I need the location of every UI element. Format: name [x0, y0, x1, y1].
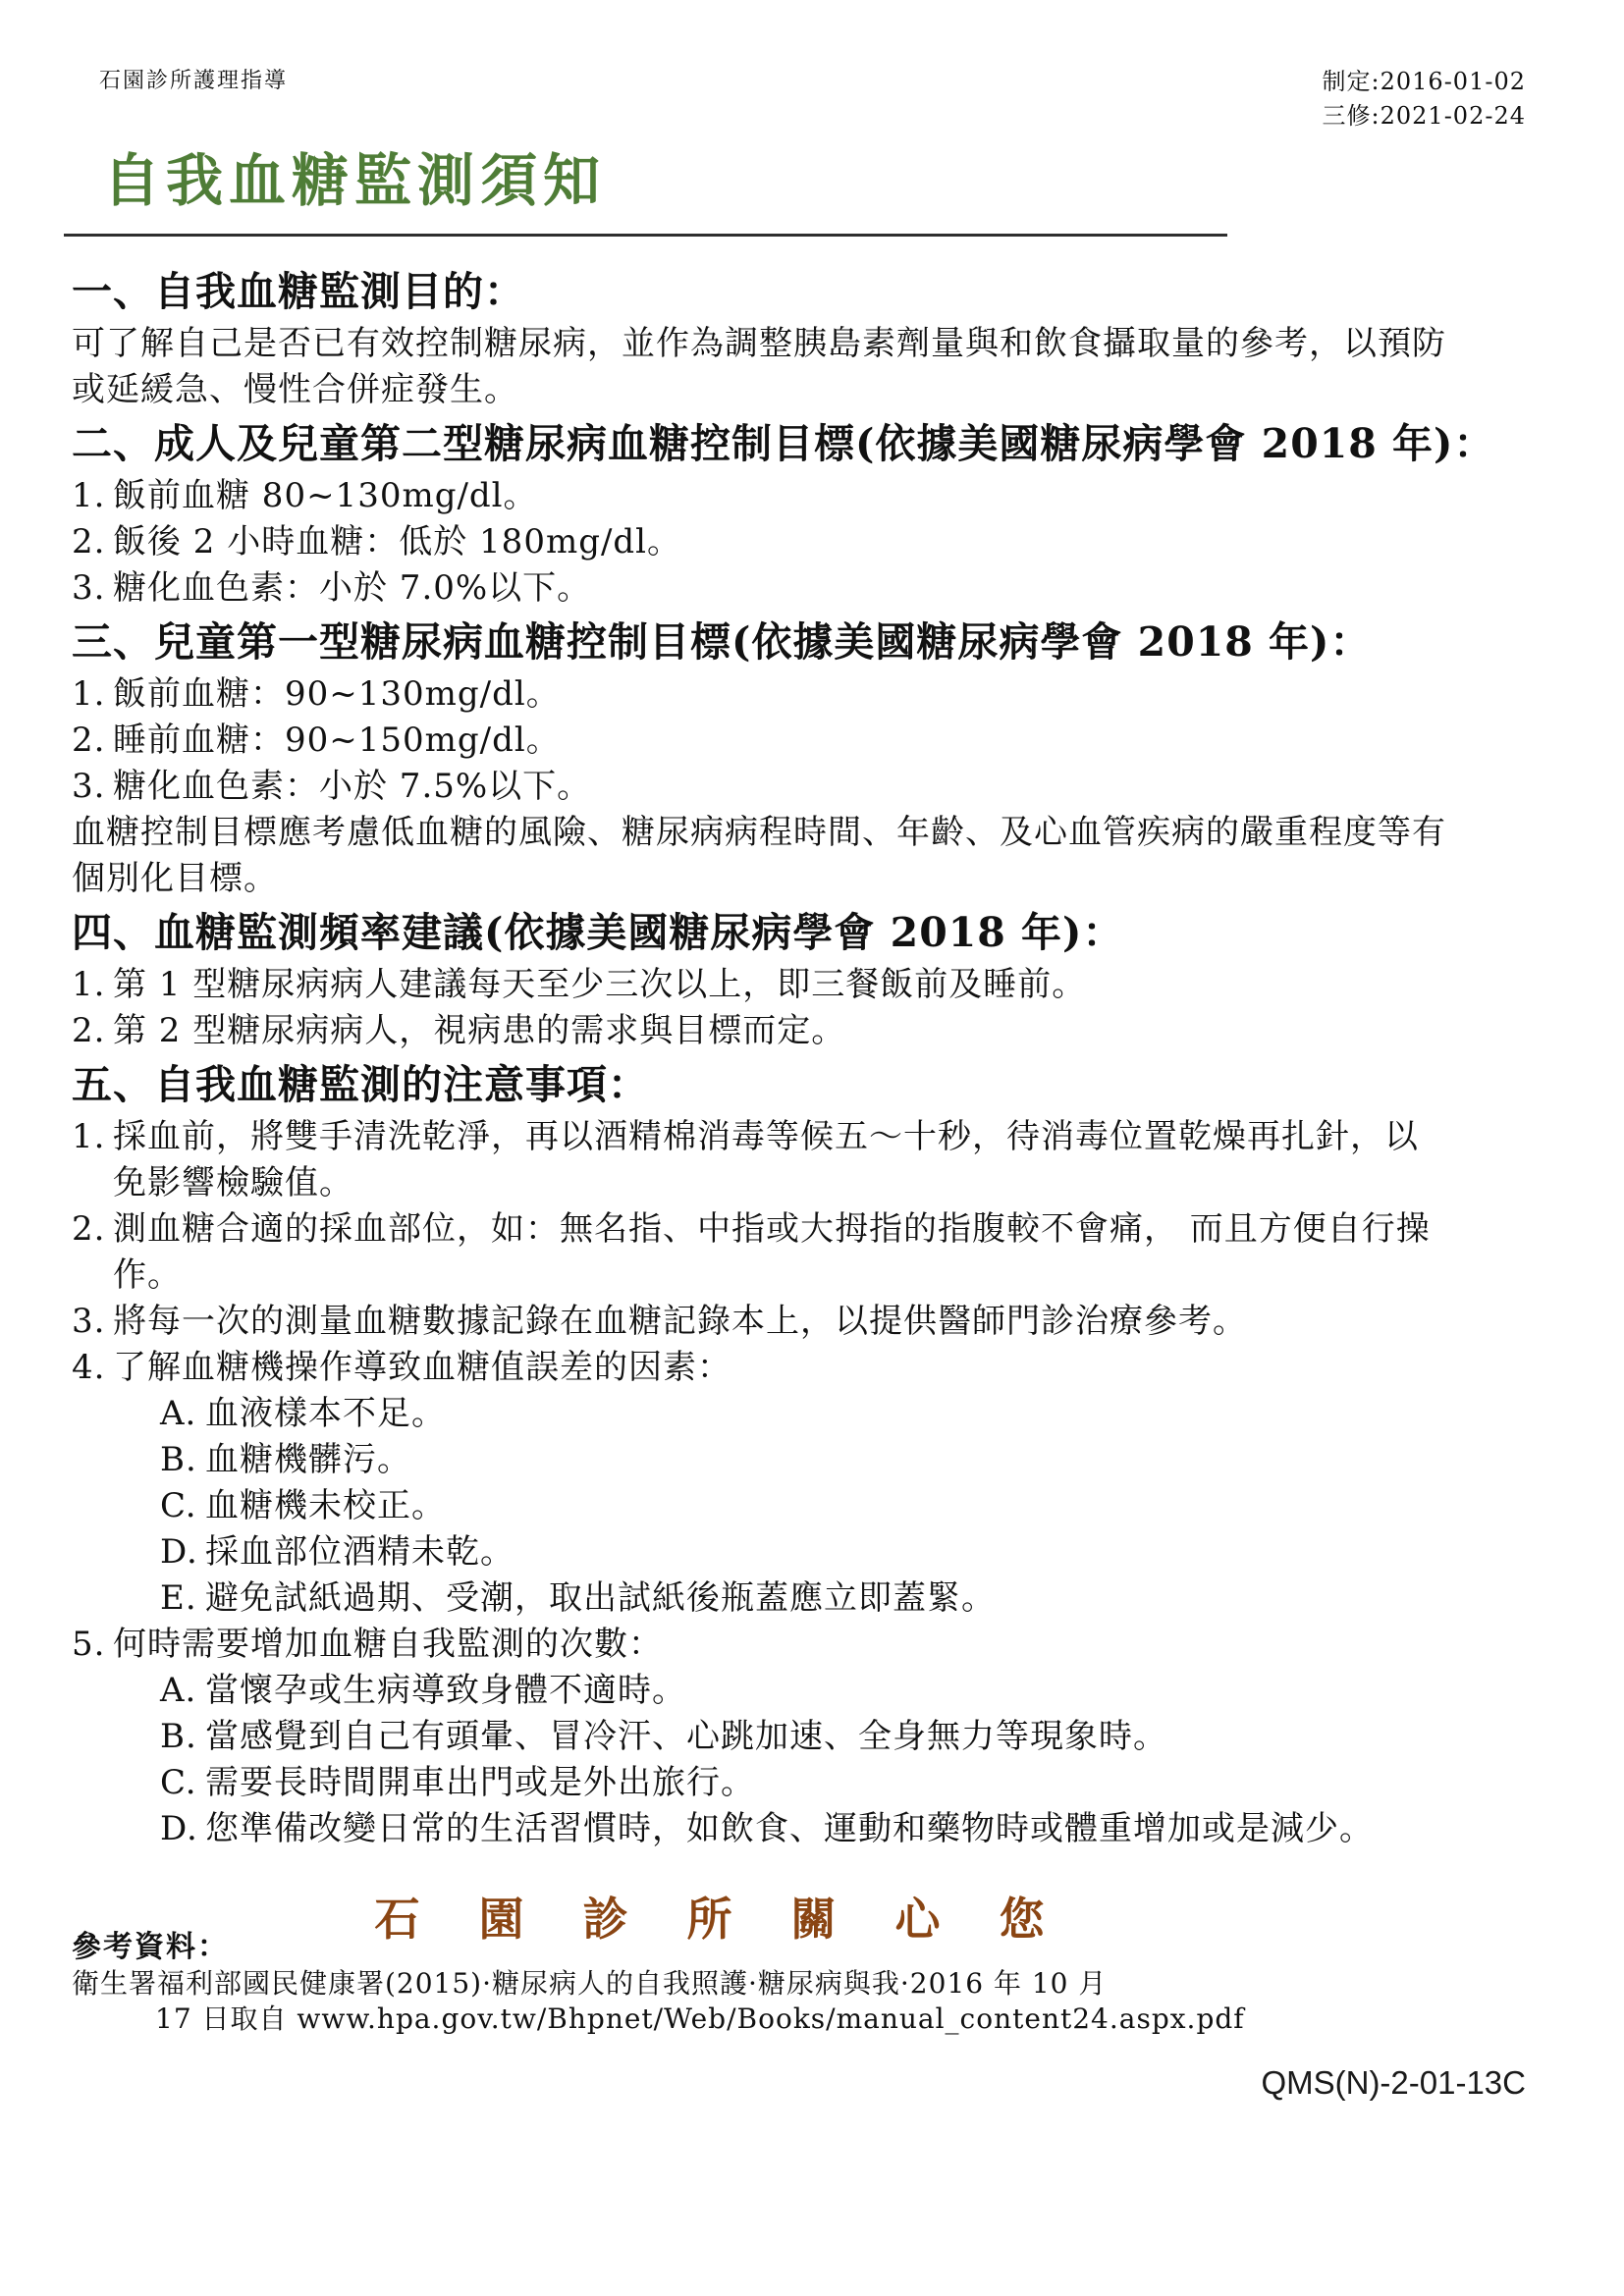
list-item-text: 將每一次的測量血糖數據記錄在血糖記錄本上，以提供醫師門診治療參考。 — [113, 1299, 1247, 1345]
list-item-text: 測血糖合適的採血部位，如：無名指、中指或大拇指的指腹較不會痛， 而且方便自行操作… — [113, 1206, 1434, 1299]
list-item-text: 當感覺到自己有頭暈、冒冷汗、心跳加速、全身無力等現象時。 — [205, 1714, 1167, 1760]
sub-list-item: C. 血糖機未校正。 — [160, 1483, 1526, 1529]
sub-list-item: B. 當感覺到自己有頭暈、冒冷汗、心跳加速、全身無力等現象時。 — [160, 1714, 1526, 1760]
list-item-text: 何時需要增加血糖自我監測的次數： — [113, 1622, 663, 1668]
reference-text-line1: 衛生署福利部國民健康署(2015)·糖尿病人的自我照護·糖尿病與我·2016 年… — [72, 1966, 1526, 2002]
list-item-text: 飯後 2 小時血糖：低於 180mg/dl。 — [113, 519, 681, 565]
reference-text-line2: 17 日取自 www.hpa.gov.tw/Bhpnet/Web/Books/m… — [72, 2002, 1526, 2037]
page-title: 自我血糖監測須知 — [103, 143, 1526, 218]
list-item-number: D. — [160, 1529, 205, 1575]
list-item-number: 1. — [72, 1114, 113, 1206]
list-item-number: B. — [160, 1714, 205, 1760]
sub-list-item: A. 當懷孕或生病導致身體不適時。 — [160, 1668, 1526, 1714]
created-date: 制定:2016-01-02 — [1323, 65, 1526, 99]
list-item-number: 1. — [72, 473, 113, 519]
list-item-number: 2. — [72, 718, 113, 764]
list-item: 1. 飯前血糖 80~130mg/dl。 — [72, 473, 1526, 519]
list-item: 1. 採血前，將雙手清洗乾淨，再以酒精棉消毒等候五～十秒，待消毒位置乾燥再扎針，… — [72, 1114, 1526, 1206]
list-item-text: 採血部位酒精未乾。 — [205, 1529, 514, 1575]
doc-code: QMS(N)-2-01-13C — [72, 2064, 1526, 2102]
list-item-text: 第 2 型糖尿病病人，視病患的需求與目標而定。 — [113, 1008, 845, 1054]
section-heading: 四、血糖監測頻率建議(依據美國糖尿病學會 2018 年)： — [72, 905, 1526, 961]
section-heading: 二、成人及兒童第二型糖尿病血糖控制目標(依據美國糖尿病學會 2018 年)： — [72, 416, 1526, 472]
sub-list-item: C. 需要長時間開車出門或是外出旅行。 — [160, 1760, 1526, 1806]
list-item-text: 第 1 型糖尿病病人建議每天至少三次以上，即三餐飯前及睡前。 — [113, 962, 1086, 1008]
list-item-text: 睡前血糖：90~150mg/dl。 — [113, 718, 561, 764]
list-item-number: 2. — [72, 1008, 113, 1054]
list-item: 4. 了解血糖機操作導致血糖值誤差的因素： — [72, 1345, 1526, 1391]
list-item-number: 2. — [72, 519, 113, 565]
list-item-number: 3. — [72, 565, 113, 612]
section-heading: 一、自我血糖監測目的： — [72, 264, 1526, 320]
doc-type-label: 石園診所護理指導 — [99, 65, 288, 98]
sub-list-item: A. 血液樣本不足。 — [160, 1391, 1526, 1437]
list-item-text: 當懷孕或生病導致身體不適時。 — [205, 1668, 686, 1714]
paragraph: 可了解自己是否已有效控制糖尿病，並作為調整胰島素劑量與和飲食攝取量的參考，以預防… — [72, 321, 1446, 413]
document-body: 一、自我血糖監測目的： 可了解自己是否已有效控制糖尿病，並作為調整胰島素劑量與和… — [72, 264, 1526, 1852]
list-item-text: 您準備改變日常的生活習慣時，如飲食、運動和藥物時或體重增加或是減少。 — [205, 1806, 1374, 1852]
document-page: 石園診所護理指導 制定:2016-01-02 三修:2021-02-24 自我血… — [0, 0, 1624, 2296]
list-item-number: 3. — [72, 764, 113, 810]
list-item: 5. 何時需要增加血糖自我監測的次數： — [72, 1622, 1526, 1668]
paragraph: 血糖控制目標應考慮低血糖的風險、糖尿病病程時間、年齡、及心血管疾病的嚴重程度等有… — [72, 810, 1446, 902]
list-item-number: 5. — [72, 1622, 113, 1668]
list-item-number: 1. — [72, 962, 113, 1008]
list-item: 3. 糖化血色素：小於 7.0%以下。 — [72, 565, 1526, 612]
list-item-text: 血液樣本不足。 — [205, 1391, 446, 1437]
list-item-number: 2. — [72, 1206, 113, 1299]
list-item-number: A. — [160, 1668, 205, 1714]
list-item: 3. 糖化血色素：小於 7.5%以下。 — [72, 764, 1526, 810]
list-item-text: 採血前，將雙手清洗乾淨，再以酒精棉消毒等候五～十秒，待消毒位置乾燥再扎針，以免影… — [113, 1114, 1434, 1206]
list-item: 2. 第 2 型糖尿病病人，視病患的需求與目標而定。 — [72, 1008, 1526, 1054]
list-item: 1. 第 1 型糖尿病病人建議每天至少三次以上，即三餐飯前及睡前。 — [72, 962, 1526, 1008]
sub-list-item: E. 避免試紙過期、受潮，取出試紙後瓶蓋應立即蓋緊。 — [160, 1575, 1526, 1622]
list-item-number: A. — [160, 1391, 205, 1437]
list-item-number: 1. — [72, 671, 113, 718]
section-monitor-frequency: 四、血糖監測頻率建議(依據美國糖尿病學會 2018 年)： 1. 第 1 型糖尿… — [72, 905, 1526, 1054]
list-item-number: C. — [160, 1760, 205, 1806]
list-item-text: 了解血糖機操作導致血糖值誤差的因素： — [113, 1345, 731, 1391]
section-purpose: 一、自我血糖監測目的： 可了解自己是否已有效控制糖尿病，並作為調整胰島素劑量與和… — [72, 264, 1526, 413]
title-underline — [64, 234, 1227, 237]
list-item-number: E. — [160, 1575, 205, 1622]
section-heading: 五、自我血糖監測的注意事項： — [72, 1057, 1526, 1113]
list-item: 1. 飯前血糖：90~130mg/dl。 — [72, 671, 1526, 718]
list-item-text: 糖化血色素：小於 7.0%以下。 — [113, 565, 591, 612]
document-header: 石園診所護理指導 制定:2016-01-02 三修:2021-02-24 — [72, 65, 1526, 133]
section-type2-targets: 二、成人及兒童第二型糖尿病血糖控制目標(依據美國糖尿病學會 2018 年)： 1… — [72, 416, 1526, 612]
list-item-number: C. — [160, 1483, 205, 1529]
list-item-text: 需要長時間開車出門或是外出旅行。 — [205, 1760, 755, 1806]
revision-dates: 制定:2016-01-02 三修:2021-02-24 — [1323, 65, 1526, 133]
section-type1-targets: 三、兒童第一型糖尿病血糖控制目標(依據美國糖尿病學會 2018 年)： 1. 飯… — [72, 614, 1526, 902]
list-item-number: D. — [160, 1806, 205, 1852]
list-item-text: 飯前血糖：90~130mg/dl。 — [113, 671, 561, 718]
list-item: 3. 將每一次的測量血糖數據記錄在血糖記錄本上，以提供醫師門診治療參考。 — [72, 1299, 1526, 1345]
revised-date: 三修:2021-02-24 — [1323, 99, 1526, 133]
list-item-text: 糖化血色素：小於 7.5%以下。 — [113, 764, 591, 810]
list-item-number: 4. — [72, 1345, 113, 1391]
section-precautions: 五、自我血糖監測的注意事項： 1. 採血前，將雙手清洗乾淨，再以酒精棉消毒等候五… — [72, 1057, 1526, 1852]
section-heading: 三、兒童第一型糖尿病血糖控制目標(依據美國糖尿病學會 2018 年)： — [72, 614, 1526, 670]
list-item-text: 血糖機未校正。 — [205, 1483, 446, 1529]
list-item-number: B. — [160, 1437, 205, 1483]
list-item-text: 血糖機髒污。 — [205, 1437, 411, 1483]
sub-list-item: D. 採血部位酒精未乾。 — [160, 1529, 1526, 1575]
sub-list-item: D. 您準備改變日常的生活習慣時，如飲食、運動和藥物時或體重增加或是減少。 — [160, 1806, 1526, 1852]
list-item-text: 飯前血糖 80~130mg/dl。 — [113, 473, 538, 519]
list-item-number: 3. — [72, 1299, 113, 1345]
list-item: 2. 睡前血糖：90~150mg/dl。 — [72, 718, 1526, 764]
list-item: 2. 測血糖合適的採血部位，如：無名指、中指或大拇指的指腹較不會痛， 而且方便自… — [72, 1206, 1526, 1299]
list-item-text: 避免試紙過期、受潮，取出試紙後瓶蓋應立即蓋緊。 — [205, 1575, 996, 1622]
sub-list-item: B. 血糖機髒污。 — [160, 1437, 1526, 1483]
list-item: 2. 飯後 2 小時血糖：低於 180mg/dl。 — [72, 519, 1526, 565]
document-footer: 石 園 診 所 關 心 您 參考資料： 衛生署福利部國民健康署(2015)·糖尿… — [72, 1890, 1526, 2102]
